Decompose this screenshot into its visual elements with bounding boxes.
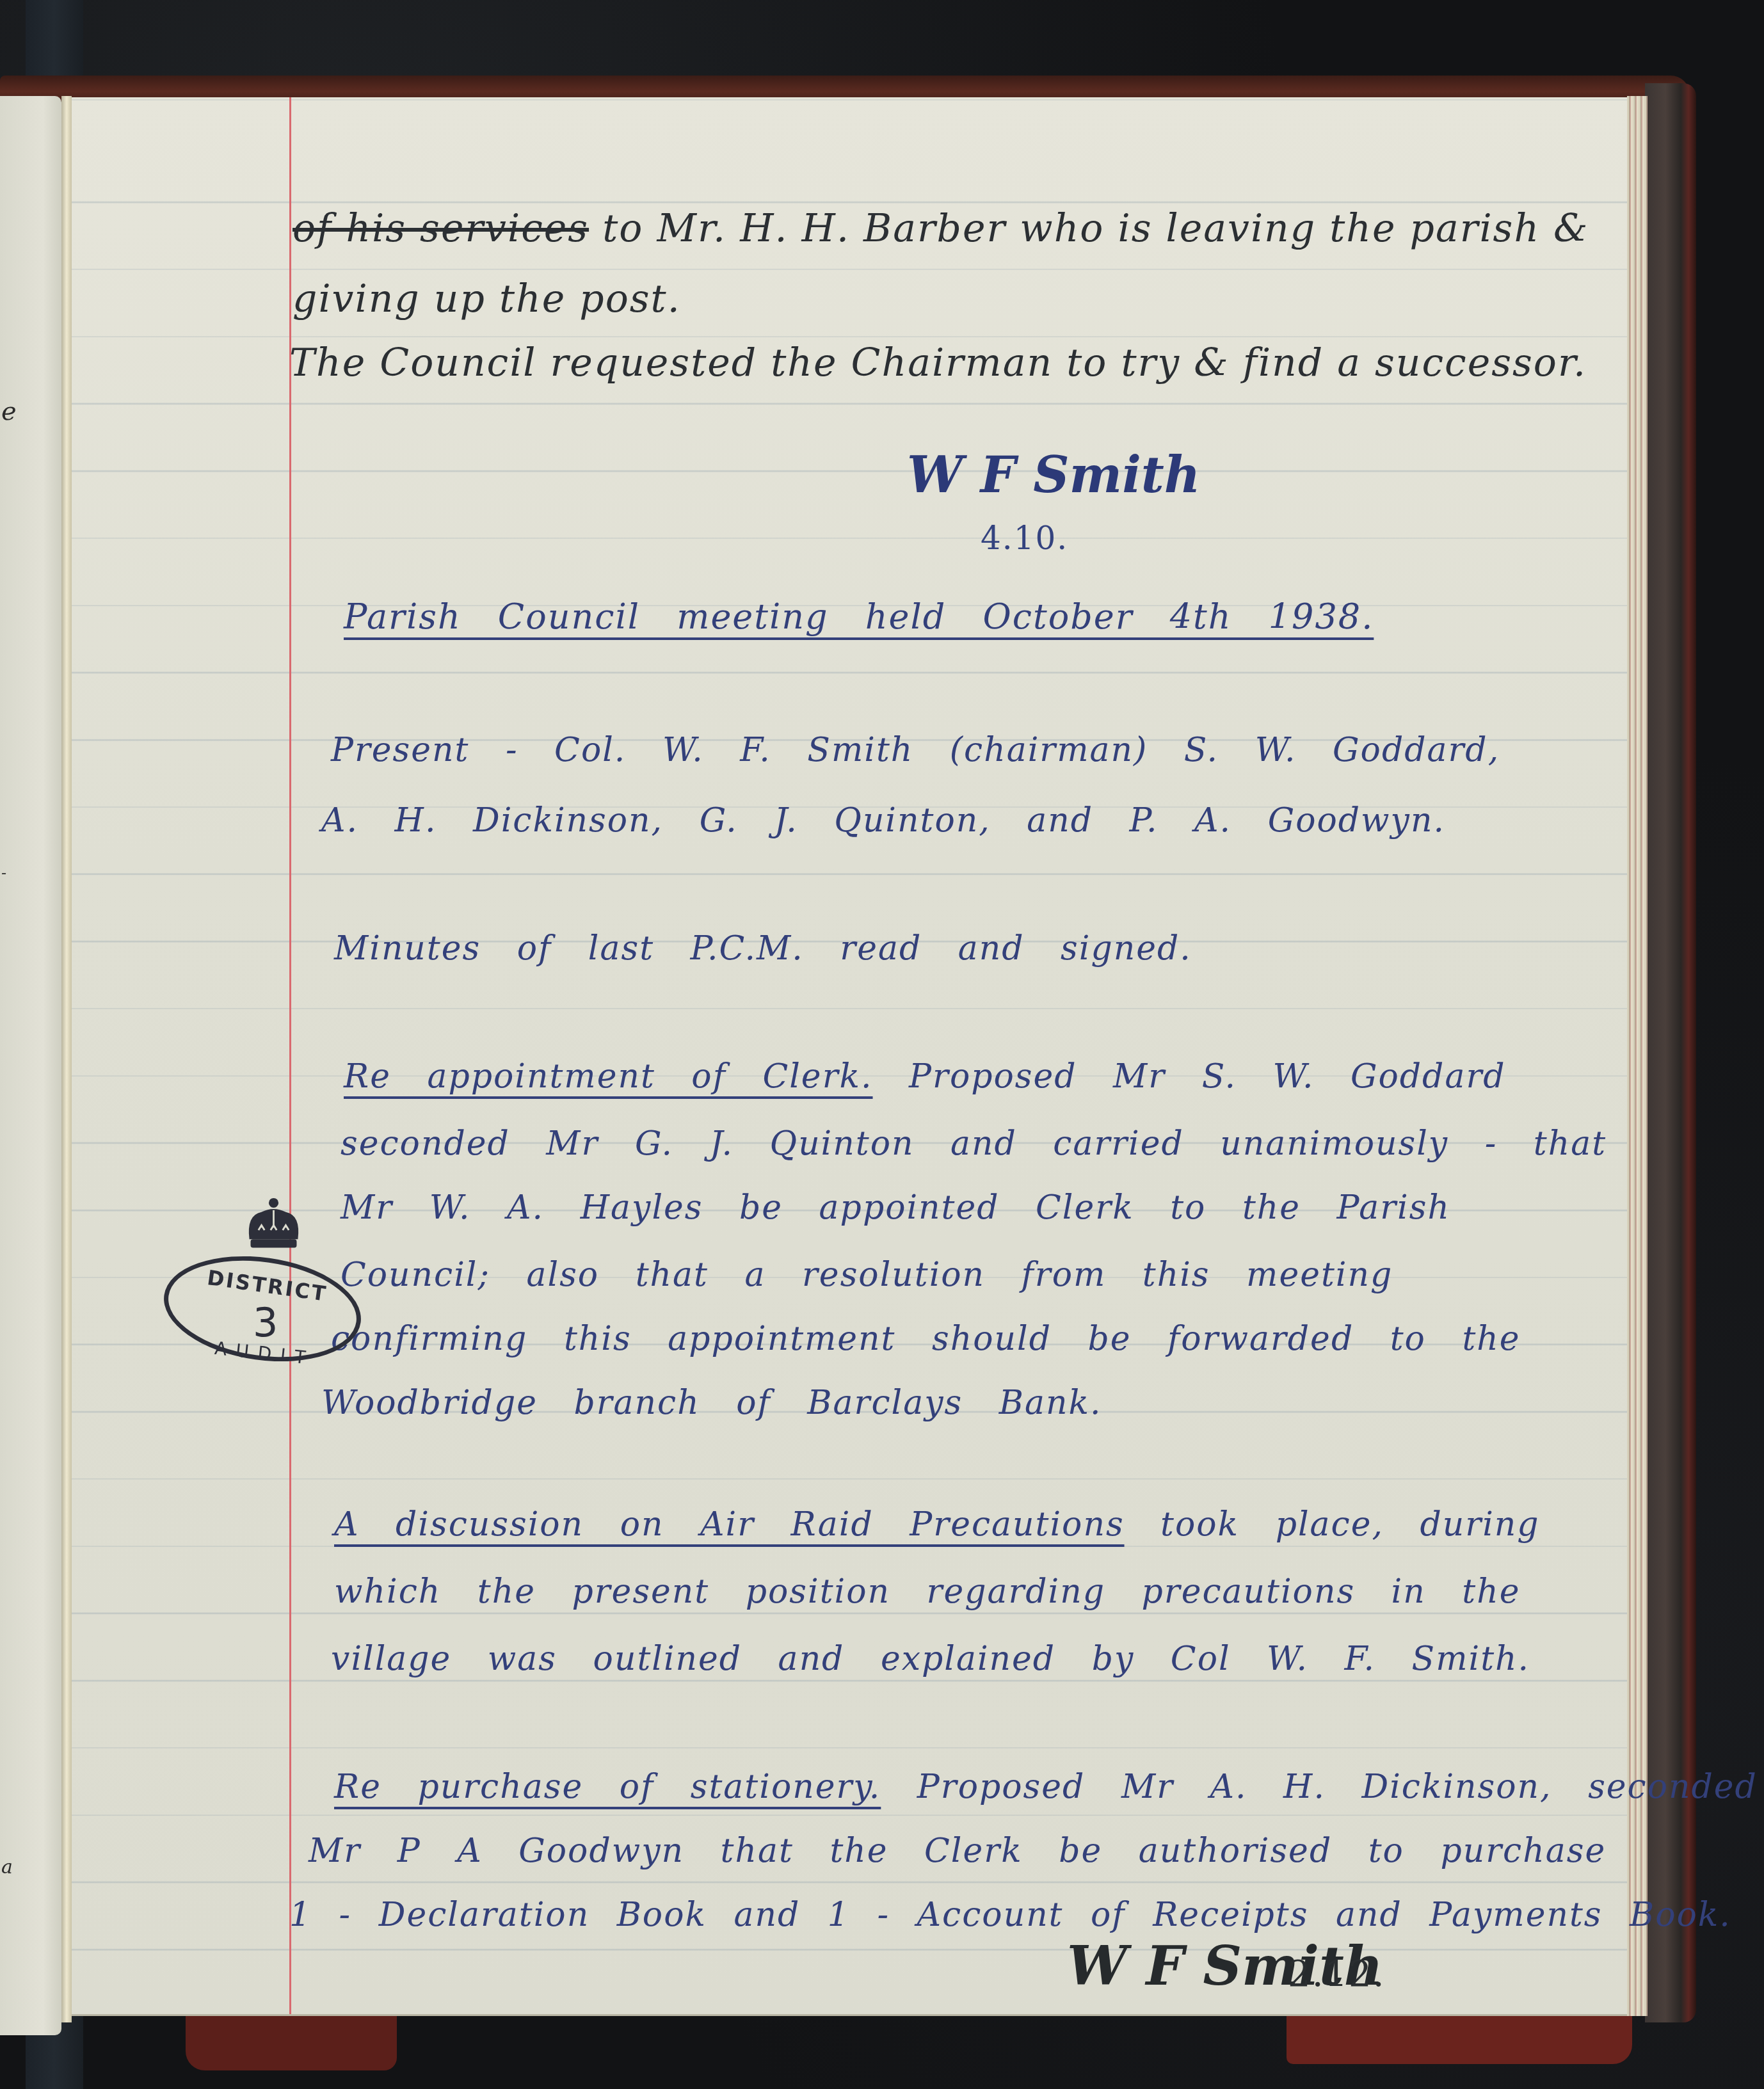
- left-page: e - a: [0, 96, 61, 2035]
- arp-heading: A discussion on Air Raid Precautions: [334, 1505, 1125, 1544]
- clerk-line-6: Woodbridge branch of Barclays Bank.: [321, 1384, 1102, 1422]
- arp-line-3: village was outlined and explained by Co…: [331, 1640, 1530, 1678]
- district-audit-stamp: DISTRICT 3 AUDIT: [163, 1197, 368, 1363]
- clerk-line-2: seconded Mr G. J. Quinton and carried un…: [341, 1125, 1607, 1163]
- stationery-line-3: 1 - Declaration Book and 1 - Account of …: [289, 1896, 1731, 1934]
- chairman-signature: W F Smith: [907, 446, 1201, 504]
- previous-entry-line-3: The Council requested the Chairman to tr…: [289, 340, 1587, 385]
- previous-entry-line-2: giving up the post.: [293, 276, 681, 321]
- clerk-line-1: Re appointment of Clerk. Proposed Mr S. …: [344, 1057, 1506, 1096]
- stamp-number: 3: [253, 1299, 278, 1346]
- struck-text: of his services: [293, 206, 589, 251]
- meeting-heading: Parish Council meeting held October 4th …: [344, 596, 1374, 637]
- previous-entry-line-1: of his services to Mr. H. H. Barber who …: [293, 206, 1589, 251]
- clerk-line-3: Mr W. A. Hayles be appointed Clerk to th…: [341, 1189, 1450, 1227]
- page-edges-stack: [1627, 96, 1648, 2016]
- signature-date-2: 2.12.: [1288, 1953, 1386, 1995]
- minute-book-page: of his services to Mr. H. H. Barber who …: [72, 97, 1627, 2016]
- stationery-line-2: Mr P A Goodwyn that the Clerk be authori…: [309, 1832, 1606, 1870]
- present-line-1: Present - Col. W. F. Smith (chairman) S.…: [331, 731, 1500, 769]
- present-line-2: A. H. Dickinson, G. J. Quinton, and P. A…: [321, 801, 1445, 840]
- page-gutter: [61, 96, 72, 2022]
- clerk-line-4: Council; also that a resolution from thi…: [341, 1256, 1393, 1294]
- binding-bottom-left-corner: [186, 2016, 397, 2070]
- arp-line-1: A discussion on Air Raid Precautions too…: [334, 1505, 1540, 1544]
- stationery-line-1: Re purchase of stationery. Proposed Mr A…: [334, 1768, 1758, 1806]
- binding-bottom-right-corner: [1287, 2010, 1632, 2064]
- left-page-fragment: -: [1, 864, 6, 882]
- crown-icon: [243, 1197, 304, 1254]
- minutes-line: Minutes of last P.C.M. read and signed.: [334, 929, 1192, 968]
- signature-date: 4.10.: [981, 520, 1068, 557]
- clerk-heading: Re appointment of Clerk.: [344, 1057, 873, 1096]
- clerk-line-5: confirming this appointment should be fo…: [331, 1320, 1521, 1358]
- stationery-heading: Re purchase of stationery.: [334, 1768, 881, 1806]
- left-page-fragment: a: [1, 1856, 13, 1878]
- arp-line-2: which the present position regarding pre…: [334, 1573, 1520, 1611]
- left-page-fragment: e: [1, 397, 17, 426]
- binding-right-edge: [1645, 83, 1696, 2022]
